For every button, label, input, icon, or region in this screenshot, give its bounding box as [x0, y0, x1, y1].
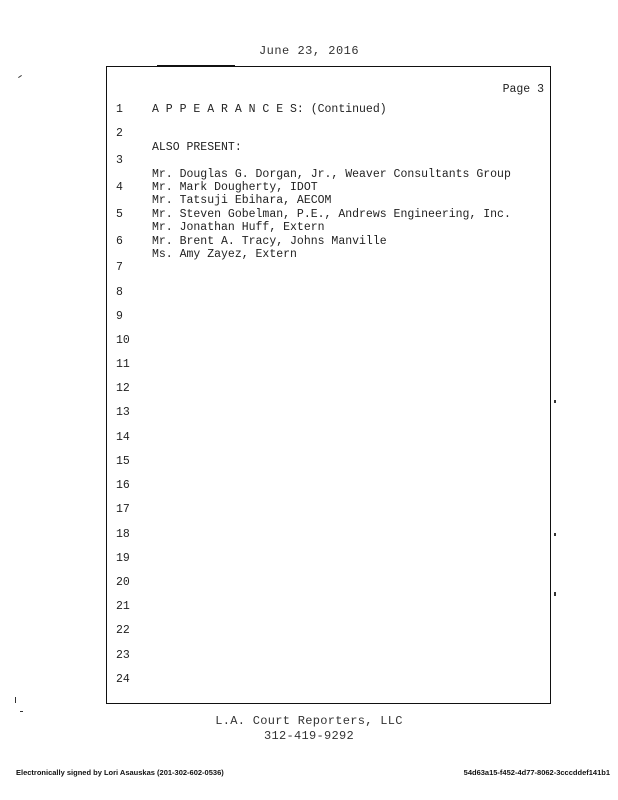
- attendee: Mr. Steven Gobelman, P.E., Andrews Engin…: [152, 208, 511, 221]
- line-number: 9: [116, 310, 136, 323]
- line-number: 18: [116, 528, 136, 541]
- line-number: 2: [116, 127, 136, 140]
- line-number: 5: [116, 208, 136, 221]
- line-number: 11: [116, 358, 136, 371]
- line-number: 22: [116, 624, 136, 637]
- line-number: 20: [116, 576, 136, 589]
- line-number: 10: [116, 334, 136, 347]
- line-number: 3: [116, 154, 136, 167]
- attendee: Mr. Mark Dougherty, IDOT: [152, 181, 318, 194]
- line-number: 15: [116, 455, 136, 468]
- line-number: 1: [116, 103, 136, 116]
- line-number: 21: [116, 600, 136, 613]
- also-present-label: ALSO PRESENT:: [152, 141, 242, 154]
- line-number: 8: [116, 286, 136, 299]
- line-number: 24: [116, 673, 136, 686]
- scan-artifact: [157, 65, 235, 67]
- line-number: 14: [116, 431, 136, 444]
- scan-speck: [18, 75, 22, 78]
- signature-notice: Electronically signed by Lori Asauskas (…: [16, 768, 224, 777]
- header-date: June 23, 2016: [0, 44, 618, 58]
- appearances-heading: A P P E A R A N C E S: (Continued): [152, 103, 387, 116]
- attendee: Mr. Brent A. Tracy, Johns Manville: [152, 235, 387, 248]
- transcript-page: Page 3 1 2 3 4 5 6 7 8 9 10 11 12 13 14 …: [106, 66, 551, 704]
- signature-id: 54d63a15-f452-4d77-8062-3cccddef141b1: [464, 768, 610, 777]
- scan-speck: [554, 400, 556, 403]
- attendee: Ms. Amy Zayez, Extern: [152, 248, 297, 261]
- footer-phone: 312-419-9292: [0, 729, 618, 743]
- line-number: 7: [116, 261, 136, 274]
- attendee: Mr. Jonathan Huff, Extern: [152, 221, 325, 234]
- line-number: 6: [116, 235, 136, 248]
- line-number: 16: [116, 479, 136, 492]
- line-number: 4: [116, 181, 136, 194]
- line-number: 12: [116, 382, 136, 395]
- line-number: 13: [116, 406, 136, 419]
- attendee: Mr. Tatsuji Ebihara, AECOM: [152, 194, 331, 207]
- line-number: 19: [116, 552, 136, 565]
- line-number: 23: [116, 649, 136, 662]
- scan-speck: [554, 533, 556, 536]
- attendee: Mr. Douglas G. Dorgan, Jr., Weaver Consu…: [152, 168, 511, 181]
- scan-speck: [554, 592, 556, 596]
- footer-company: L.A. Court Reporters, LLC: [0, 714, 618, 728]
- scan-speck: [15, 697, 16, 703]
- page-number: Page 3: [503, 83, 544, 96]
- scan-speck: [20, 711, 23, 712]
- line-number: 17: [116, 503, 136, 516]
